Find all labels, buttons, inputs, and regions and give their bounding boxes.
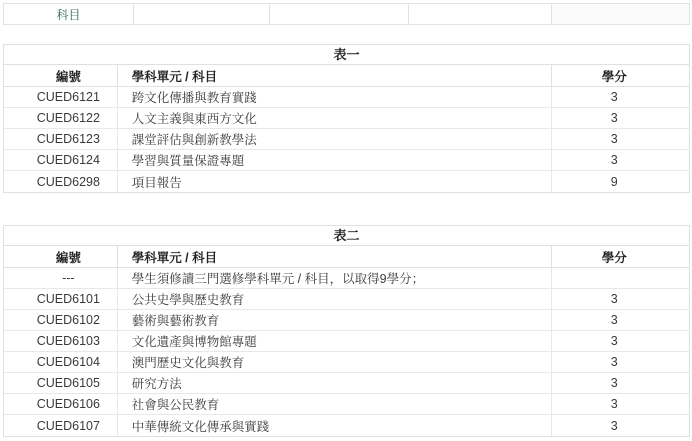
course-code-cell: CUED6124 <box>4 150 118 170</box>
subject-cell: 項目報告 <box>118 171 553 192</box>
course-code-cell: CUED6298 <box>4 171 118 192</box>
strip-cell-empty[interactable] <box>270 4 409 24</box>
table-row: CUED6122人文主義與東西方文化3 <box>4 108 689 129</box>
subject-cell: 學習與質量保證專題 <box>118 150 553 170</box>
subject-cell: 文化遺產與博物館專題 <box>118 331 553 351</box>
credits-cell: 3 <box>552 108 689 128</box>
course-code-cell: CUED6105 <box>4 373 118 393</box>
table-row: CUED6121跨文化傳播與教育實踐3 <box>4 87 689 108</box>
course-code-cell: CUED6123 <box>4 129 118 149</box>
table-row: CUED6105研究方法3 <box>4 373 689 394</box>
subject-cell: 澳門歷史文化與教育 <box>118 352 553 372</box>
credits-cell: 3 <box>552 129 689 149</box>
table-row: CUED6298項目報告9 <box>4 171 689 192</box>
header-subject: 學科單元 / 科目 <box>118 246 553 267</box>
header-subject: 學科單元 / 科目 <box>118 65 553 86</box>
subject-cell: 課堂評估與創新教學法 <box>118 129 553 149</box>
subject-cell: 公共史學與歷史教育 <box>118 289 553 309</box>
credits-cell: 9 <box>552 171 689 192</box>
header-credits: 學分 <box>552 65 689 86</box>
credits-cell: 3 <box>552 394 689 414</box>
table-row: CUED6102藝術與藝術教育3 <box>4 310 689 331</box>
strip-cell-empty[interactable] <box>134 4 270 24</box>
spreadsheet-row-strip: 科目 <box>3 3 690 25</box>
course-code-cell: CUED6121 <box>4 87 118 107</box>
subject-cell: 社會與公民教育 <box>118 394 553 414</box>
course-code-cell: CUED6122 <box>4 108 118 128</box>
course-code-cell: CUED6101 <box>4 289 118 309</box>
course-code-cell: CUED6107 <box>4 415 118 436</box>
table-row: CUED6124學習與質量保證專題3 <box>4 150 689 171</box>
table-row: CUED6101公共史學與歷史教育3 <box>4 289 689 310</box>
subject-cell: 藝術與藝術教育 <box>118 310 553 330</box>
table-row: CUED6123課堂評估與創新教學法3 <box>4 129 689 150</box>
table-two: 表二 編號 學科單元 / 科目 學分 ---學生須修讀三門選修學科單元 / 科目… <box>3 225 690 437</box>
table-row: CUED6104澳門歷史文化與教育3 <box>4 352 689 373</box>
credits-cell: 3 <box>552 331 689 351</box>
subject-cell: 中華傳統文化傳承與實踐 <box>118 415 553 436</box>
credits-cell: 3 <box>552 310 689 330</box>
strip-cell-empty[interactable] <box>409 4 552 24</box>
course-code-cell: CUED6104 <box>4 352 118 372</box>
credits-cell <box>552 268 689 288</box>
table-two-title: 表二 <box>4 226 689 246</box>
table-one-body: CUED6121跨文化傳播與教育實踐3CUED6122人文主義與東西方文化3CU… <box>4 87 689 192</box>
credits-cell: 3 <box>552 352 689 372</box>
table-row: CUED6107中華傳統文化傳承與實踐3 <box>4 415 689 436</box>
credits-cell: 3 <box>552 87 689 107</box>
header-code: 編號 <box>4 65 118 86</box>
subject-cell: 學生須修讀三門選修學科單元 / 科目，以取得9學分； <box>118 268 553 288</box>
credits-cell: 3 <box>552 289 689 309</box>
subject-cell: 人文主義與東西方文化 <box>118 108 553 128</box>
table-one-header-row: 編號 學科單元 / 科目 學分 <box>4 65 689 87</box>
strip-cell-empty[interactable] <box>552 4 690 24</box>
table-row: CUED6103文化遺產與博物館專題3 <box>4 331 689 352</box>
header-credits: 學分 <box>552 246 689 267</box>
strip-cell-subject[interactable]: 科目 <box>3 4 134 24</box>
table-one-title: 表一 <box>4 45 689 65</box>
course-code-cell: CUED6102 <box>4 310 118 330</box>
page: 科目 表一 編號 學科單元 / 科目 學分 CUED6121跨文化傳播與教育實踐… <box>0 0 692 441</box>
credits-cell: 3 <box>552 150 689 170</box>
credits-cell: 3 <box>552 373 689 393</box>
subject-cell: 跨文化傳播與教育實踐 <box>118 87 553 107</box>
table-row: CUED6106社會與公民教育3 <box>4 394 689 415</box>
table-row: ---學生須修讀三門選修學科單元 / 科目，以取得9學分； <box>4 268 689 289</box>
table-two-header-row: 編號 學科單元 / 科目 學分 <box>4 246 689 268</box>
table-two-body: ---學生須修讀三門選修學科單元 / 科目，以取得9學分；CUED6101公共史… <box>4 268 689 436</box>
course-code-cell: CUED6106 <box>4 394 118 414</box>
credits-cell: 3 <box>552 415 689 436</box>
subject-cell: 研究方法 <box>118 373 553 393</box>
course-code-cell: CUED6103 <box>4 331 118 351</box>
course-code-cell: --- <box>4 268 118 288</box>
table-one: 表一 編號 學科單元 / 科目 學分 CUED6121跨文化傳播與教育實踐3CU… <box>3 44 690 193</box>
header-code: 編號 <box>4 246 118 267</box>
